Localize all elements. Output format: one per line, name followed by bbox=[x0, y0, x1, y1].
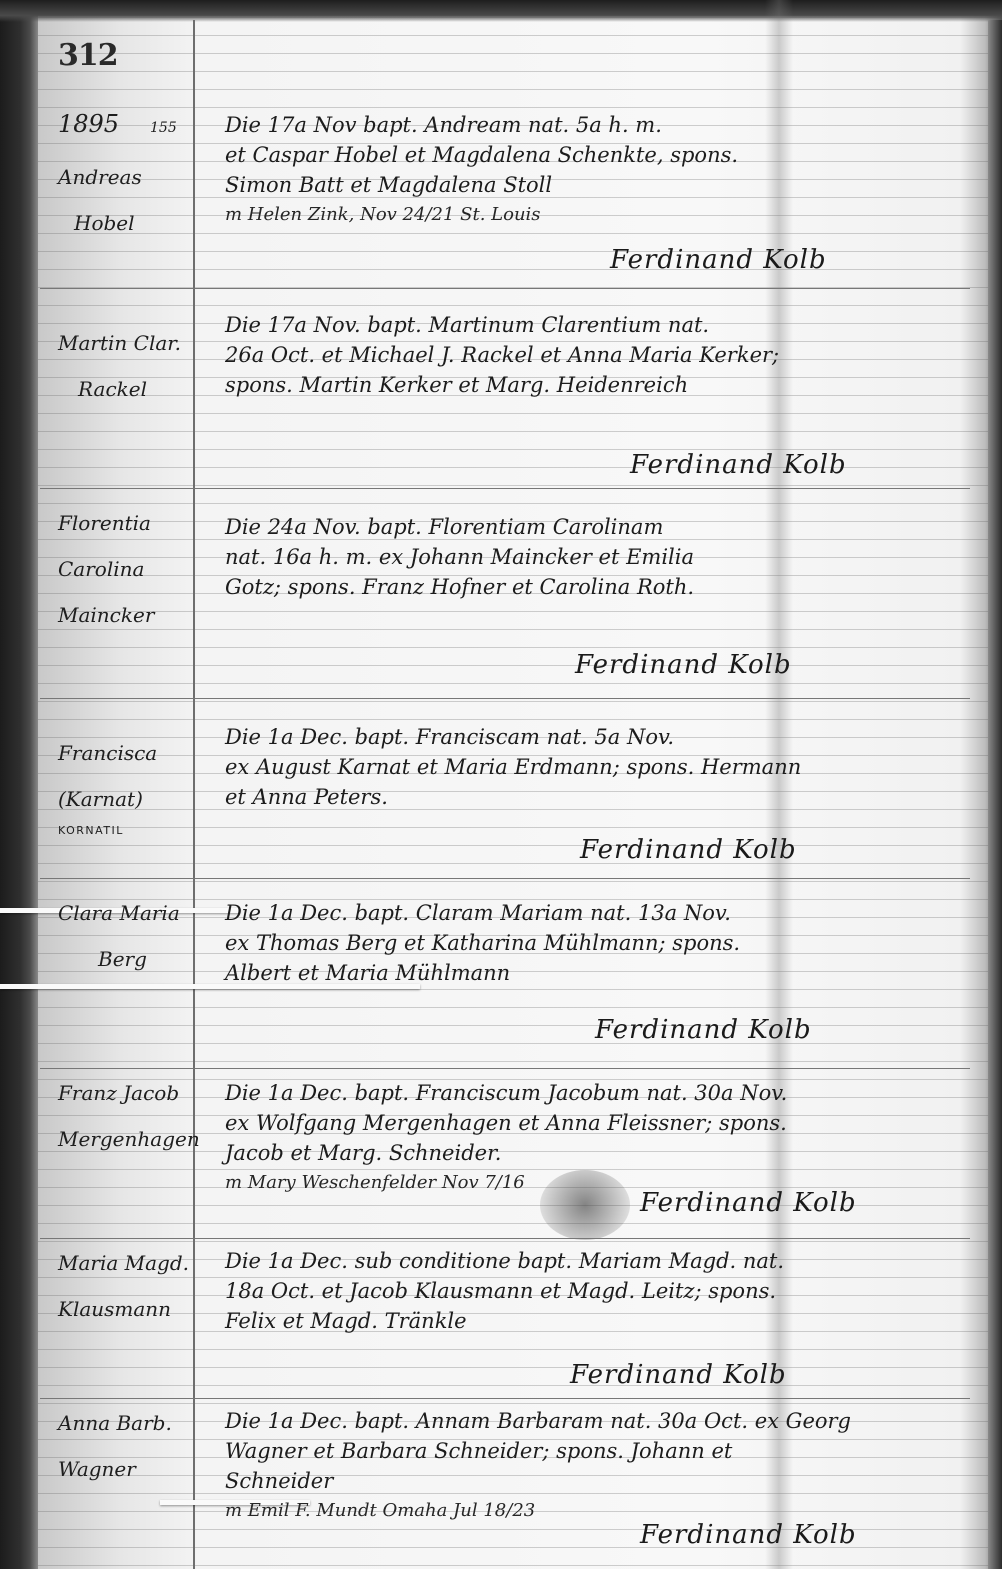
entry-line: Simon Batt et Magdalena Stoll bbox=[225, 170, 945, 200]
priest-signature: Ferdinand Kolb bbox=[580, 835, 797, 865]
entry-line: ex Wolfgang Mergenhagen et Anna Fleissne… bbox=[225, 1108, 945, 1138]
entry-text: Die 1a Dec. bapt. Franciscam nat. 5a Nov… bbox=[225, 722, 945, 812]
baptism-entry: Florentia Carolina Maincker Die 24a Nov.… bbox=[40, 490, 970, 700]
margin-child-name: Andreas Hobel bbox=[58, 154, 208, 246]
entry-line: nat. 16a h. m. ex Johann Maincker et Emi… bbox=[225, 542, 945, 572]
margin-name-given: Anna Barb. bbox=[58, 1400, 208, 1446]
entry-line: Wagner et Barbara Schneider; spons. Joha… bbox=[225, 1436, 945, 1466]
margin-name-surname: Rackel bbox=[78, 366, 208, 412]
priest-signature: Ferdinand Kolb bbox=[595, 1015, 812, 1045]
entry-line: ex August Karnat et Maria Erdmann; spons… bbox=[225, 752, 945, 782]
margin-name-surname: Hobel bbox=[74, 200, 208, 246]
entry-line: Jacob et Marg. Schneider. bbox=[225, 1138, 945, 1168]
entry-line: Albert et Maria Mühlmann bbox=[225, 958, 945, 988]
baptism-entry: Clara Maria Berg Die 1a Dec. bapt. Clara… bbox=[40, 880, 970, 1070]
margin-child-name: Anna Barb. Wagner bbox=[58, 1400, 208, 1492]
priest-signature: Ferdinand Kolb bbox=[640, 1520, 857, 1550]
baptism-entry: Anna Barb. Wagner Die 1a Dec. bapt. Anna… bbox=[40, 1400, 970, 1569]
entry-line: Die 17a Nov. bapt. Martinum Clarentium n… bbox=[225, 310, 945, 340]
margin-name-surname: Berg bbox=[98, 936, 208, 982]
margin-name-given: Francisca bbox=[58, 730, 208, 776]
entry-line: Die 1a Dec. bapt. Franciscum Jacobum nat… bbox=[225, 1078, 945, 1108]
entry-divider bbox=[40, 878, 970, 879]
margin-child-name: Florentia Carolina Maincker bbox=[58, 500, 208, 638]
page-top-edge bbox=[0, 0, 1002, 22]
baptism-entry: Maria Magd. Klausmann Die 1a Dec. sub co… bbox=[40, 1240, 970, 1400]
entry-line: Felix et Magd. Tränkle bbox=[225, 1306, 945, 1336]
margin-child-name: Maria Magd. Klausmann bbox=[58, 1240, 208, 1332]
entry-text: Die 24a Nov. bapt. Florentiam Carolinam … bbox=[225, 512, 945, 602]
baptism-entry: Martin Clar. Rackel Die 17a Nov. bapt. M… bbox=[40, 290, 970, 490]
margin-name-middle: Carolina bbox=[58, 546, 208, 592]
margin-child-name: Martin Clar. Rackel bbox=[58, 320, 208, 412]
entry-number: 155 bbox=[150, 120, 177, 136]
entry-text: Die 1a Dec. bapt. Annam Barbaram nat. 30… bbox=[225, 1406, 945, 1526]
entry-line: Die 1a Dec. bapt. Franciscam nat. 5a Nov… bbox=[225, 722, 945, 752]
priest-signature: Ferdinand Kolb bbox=[630, 450, 847, 480]
entry-line: Die 1a Dec. sub conditione bapt. Mariam … bbox=[225, 1246, 945, 1276]
entry-line: Die 17a Nov bapt. Andream nat. 5a h. m. bbox=[225, 110, 945, 140]
priest-signature: Ferdinand Kolb bbox=[575, 650, 792, 680]
entry-line: et Caspar Hobel et Magdalena Schenkte, s… bbox=[225, 140, 945, 170]
entry-divider bbox=[40, 1068, 970, 1069]
baptism-entry: 1895 155 Andreas Hobel Die 17a Nov bapt.… bbox=[40, 80, 970, 290]
entry-text: Die 1a Dec. sub conditione bapt. Mariam … bbox=[225, 1246, 945, 1336]
entry-text: Die 17a Nov. bapt. Martinum Clarentium n… bbox=[225, 310, 945, 400]
entry-line: Die 1a Dec. bapt. Claram Mariam nat. 13a… bbox=[225, 898, 945, 928]
register-page: 312 1895 155 Andreas Hobel Die 17a Nov b… bbox=[0, 0, 1002, 1569]
baptism-entry: Franz Jacob Mergenhagen Die 1a Dec. bapt… bbox=[40, 1070, 970, 1240]
priest-signature: Ferdinand Kolb bbox=[570, 1360, 787, 1390]
margin-name-surname: (Karnat) bbox=[58, 776, 208, 822]
margin-child-name: Clara Maria Berg bbox=[58, 890, 208, 982]
entry-line: Gotz; spons. Franz Hofner et Carolina Ro… bbox=[225, 572, 945, 602]
entry-line: spons. Martin Kerker et Marg. Heidenreic… bbox=[225, 370, 945, 400]
entry-line: 26a Oct. et Michael J. Rackel et Anna Ma… bbox=[225, 340, 945, 370]
entry-divider bbox=[40, 1238, 970, 1239]
priest-signature: Ferdinand Kolb bbox=[640, 1188, 857, 1218]
entry-text: Die 1a Dec. bapt. Claram Mariam nat. 13a… bbox=[225, 898, 945, 988]
entry-line: Schneider bbox=[225, 1466, 945, 1496]
margin-name-surname: Maincker bbox=[58, 592, 208, 638]
margin-name-given: Maria Magd. bbox=[58, 1240, 208, 1286]
page-right-edge bbox=[988, 20, 1002, 1569]
entry-line: et Anna Peters. bbox=[225, 782, 945, 812]
entry-line: Die 1a Dec. bapt. Annam Barbaram nat. 30… bbox=[225, 1406, 945, 1436]
margin-child-name: Franz Jacob Mergenhagen bbox=[58, 1070, 208, 1162]
entry-line: ex Thomas Berg et Katharina Mühlmann; sp… bbox=[225, 928, 945, 958]
entry-divider bbox=[40, 488, 970, 489]
entry-divider bbox=[40, 698, 970, 699]
marriage-note: m Helen Zink, Nov 24/21 St. Louis bbox=[225, 200, 945, 230]
book-binding bbox=[0, 0, 38, 1569]
entry-divider bbox=[40, 288, 970, 289]
ink-smudge bbox=[540, 1170, 630, 1240]
margin-name-given: Andreas bbox=[58, 154, 208, 200]
entry-text: Die 17a Nov bapt. Andream nat. 5a h. m. … bbox=[225, 110, 945, 230]
page-number: 312 bbox=[58, 38, 118, 73]
margin-name-surname: Wagner bbox=[58, 1446, 208, 1492]
margin-name-given: Clara Maria bbox=[58, 890, 208, 936]
margin-name-surname: Mergenhagen bbox=[58, 1116, 208, 1162]
margin-name-given: Franz Jacob bbox=[58, 1070, 208, 1116]
year-heading: 1895 bbox=[58, 110, 119, 138]
entry-line: Die 24a Nov. bapt. Florentiam Carolinam bbox=[225, 512, 945, 542]
entry-divider bbox=[40, 1398, 970, 1399]
margin-child-name: Francisca (Karnat) KORNATIL bbox=[58, 730, 208, 840]
entry-line: 18a Oct. et Jacob Klausmann et Magd. Lei… bbox=[225, 1276, 945, 1306]
baptism-entry: Francisca (Karnat) KORNATIL Die 1a Dec. … bbox=[40, 700, 970, 880]
margin-annotation: KORNATIL bbox=[58, 822, 208, 840]
priest-signature: Ferdinand Kolb bbox=[610, 245, 827, 275]
margin-name-given: Florentia bbox=[58, 500, 208, 546]
margin-name-given: Martin Clar. bbox=[58, 320, 208, 366]
margin-name-surname: Klausmann bbox=[58, 1286, 208, 1332]
